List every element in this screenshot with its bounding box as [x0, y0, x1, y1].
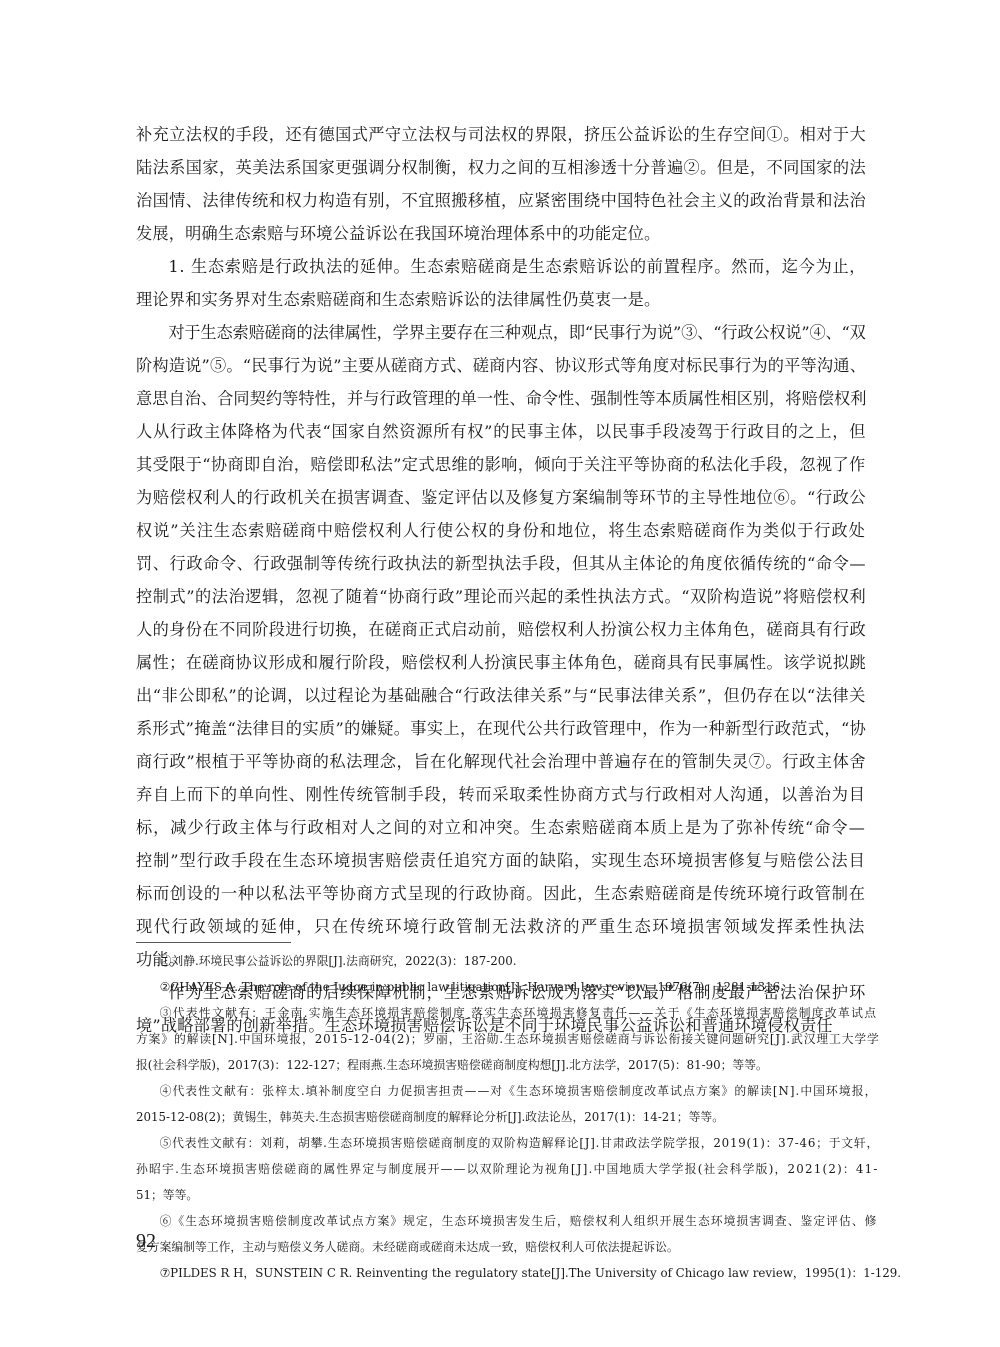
- footnotes: ①刘静.环境民事公益诉讼的界限[J].法商研究，2022(3)：187-200.…: [136, 948, 866, 1286]
- text-line: 标而创设的一种以私法平等协商方式呈现的行政协商。因此，生态索赔磋商是传统环境行政…: [136, 877, 866, 910]
- text-line: 现代行政领域的延伸，只在传统环境行政管制无法救济的严重生态环境损害领域发挥柔性执…: [136, 910, 866, 943]
- text-line: 其受限于“协商即自治，赔偿即私法”定式思维的影响，倾向于关注平等协商的私法化手段…: [136, 448, 866, 481]
- text-line: 为赔偿权利人的行政机关在损害调查、鉴定评估以及修复方案编制等环节的主导性地位⑥。…: [136, 481, 866, 514]
- footnote-line: ②CHAYES A. The role of the Judge in publ…: [136, 974, 866, 1000]
- footnote-divider: [136, 942, 291, 943]
- paragraph: 补充立法权的手段，还有德国式严守立法权与司法权的界限，挤压公益诉讼的生存空间①。…: [136, 118, 866, 250]
- footnote-line: ⑥《生态环境损害赔偿制度改革试点方案》规定，生态环境损害发生后，赔偿权利人组织开…: [136, 1208, 866, 1234]
- page-number: 92: [136, 1230, 156, 1253]
- footnote: ②CHAYES A. The role of the Judge in publ…: [136, 974, 866, 1000]
- footnote-line: ④代表性文献有：张梓太.填补制度空白 力促损害担责——对《生态环境损害赔偿制度改…: [136, 1078, 866, 1104]
- footnote-line: 报(社会科学版)，2017(3)：122-127；程雨燕.生态环境损害赔偿磋商制…: [136, 1052, 866, 1078]
- text-line: 阶构造说”⑤。“民事行为说”主要从磋商方式、磋商内容、协议形式等角度对标民事行为…: [136, 349, 866, 382]
- footnote: ①刘静.环境民事公益诉讼的界限[J].法商研究，2022(3)：187-200.: [136, 948, 866, 974]
- footnote-line: 方案》的解读[N].中国环境报，2015-12-04(2)；罗丽，王浴勋.生态环…: [136, 1026, 866, 1052]
- text-line: 1. 生态索赔是行政执法的延伸。生态索赔磋商是生态索赔诉讼的前置程序。然而，迄今…: [136, 250, 866, 283]
- footnote: ⑥《生态环境损害赔偿制度改革试点方案》规定，生态环境损害发生后，赔偿权利人组织开…: [136, 1208, 866, 1260]
- footnote-line: ①刘静.环境民事公益诉讼的界限[J].法商研究，2022(3)：187-200.: [136, 948, 866, 974]
- footnote-line: ③代表性文献有：王金南.实施生态环境损害赔偿制度 落实生态环境损害修复责任——关…: [136, 1000, 866, 1026]
- footnote-line: ⑦PILDES R H，SUNSTEIN C R. Reinventing th…: [136, 1260, 866, 1286]
- paragraph: 对于生态索赔磋商的法律属性，学界主要存在三种观点，即“民事行为说”③、“行政公权…: [136, 316, 866, 976]
- text-line: 治国情、法律传统和权力构造有别，不宜照搬移植，应紧密围绕中国特色社会主义的政治背…: [136, 184, 866, 217]
- text-line: 出“非公即私”的论调，以过程论为基础融合“行政法律关系”与“民事法律关系”，但仍…: [136, 679, 866, 712]
- text-line: 商行政”根植于平等协商的私法理念，旨在化解现代社会治理中普遍存在的管制失灵⑦。行…: [136, 745, 866, 778]
- body-text: 补充立法权的手段，还有德国式严守立法权与司法权的界限，挤压公益诉讼的生存空间①。…: [136, 118, 866, 1042]
- footnote: ③代表性文献有：王金南.实施生态环境损害赔偿制度 落实生态环境损害修复责任——关…: [136, 1000, 866, 1078]
- text-line: 控制式”的法治逻辑，忽视了随着“协商行政”理论而兴起的柔性执法方式。“双阶构造说…: [136, 580, 866, 613]
- footnote-line: 51；等等。: [136, 1182, 866, 1208]
- footnote: ⑤代表性文献有：刘莉，胡攀.生态环境损害赔偿磋商制度的双阶构造解释论[J].甘肃…: [136, 1130, 866, 1208]
- text-line: 对于生态索赔磋商的法律属性，学界主要存在三种观点，即“民事行为说”③、“行政公权…: [136, 316, 866, 349]
- text-line: 意思自治、合同契约等特性，并与行政管理的单一性、命令性、强制性等本质属性相区别，…: [136, 382, 866, 415]
- text-line: 补充立法权的手段，还有德国式严守立法权与司法权的界限，挤压公益诉讼的生存空间①。…: [136, 118, 866, 151]
- footnote: ⑦PILDES R H，SUNSTEIN C R. Reinventing th…: [136, 1260, 866, 1286]
- text-line: 权说”关注生态索赔磋商中赔偿权利人行使公权的身份和地位，将生态索赔磋商作为类似于…: [136, 514, 866, 547]
- text-line: 陆法系国家，英美法系国家更强调分权制衡，权力之间的互相渗透十分普遍②。但是，不同…: [136, 151, 866, 184]
- text-line: 标，减少行政主体与行政相对人之间的对立和冲突。生态索赔磋商本质上是为了弥补传统“…: [136, 811, 866, 844]
- text-line: 人从行政主体降格为代表“国家自然资源所有权”的民事主体，以民事手段凌驾于行政目的…: [136, 415, 866, 448]
- text-line: 控制”型行政手段在生态环境损害赔偿责任追究方面的缺陷，实现生态环境损害修复与赔偿…: [136, 844, 866, 877]
- text-line: 弃自上而下的单向性、刚性传统管制手段，转而采取柔性协商方式与行政相对人沟通，以善…: [136, 778, 866, 811]
- text-line: 属性；在磋商协议形成和履行阶段，赔偿权利人扮演民事主体角色，磋商具有民事属性。该…: [136, 646, 866, 679]
- paragraph: 1. 生态索赔是行政执法的延伸。生态索赔磋商是生态索赔诉讼的前置程序。然而，迄今…: [136, 250, 866, 316]
- text-line: 理论界和实务界对生态索赔磋商和生态索赔诉讼的法律属性仍莫衷一是。: [136, 283, 866, 316]
- footnote-line: 2015-12-08(2)；黄锡生，韩英夫.生态损害赔偿磋商制度的解释论分析[J…: [136, 1104, 866, 1130]
- footnote: ④代表性文献有：张梓太.填补制度空白 力促损害担责——对《生态环境损害赔偿制度改…: [136, 1078, 866, 1130]
- text-line: 系形式”掩盖“法律目的实质”的嫌疑。事实上，在现代公共行政管理中，作为一种新型行…: [136, 712, 866, 745]
- text-line: 罚、行政命令、行政强制等传统行政执法的新型执法手段，但其从主体论的角度依循传统的…: [136, 547, 866, 580]
- text-line: 人的身份在不同阶段进行切换，在磋商正式启动前，赔偿权利人扮演公权力主体角色，磋商…: [136, 613, 866, 646]
- text-line: 发展，明确生态索赔与环境公益诉讼在我国环境治理体系中的功能定位。: [136, 217, 866, 250]
- footnote-line: 复方案编制等工作，主动与赔偿义务人磋商。未经磋商或磋商未达成一致，赔偿权利人可依…: [136, 1234, 866, 1260]
- footnote-line: 孙昭宇.生态环境损害赔偿磋商的属性界定与制度展开——以双阶理论为视角[J].中国…: [136, 1156, 866, 1182]
- footnote-line: ⑤代表性文献有：刘莉，胡攀.生态环境损害赔偿磋商制度的双阶构造解释论[J].甘肃…: [136, 1130, 866, 1156]
